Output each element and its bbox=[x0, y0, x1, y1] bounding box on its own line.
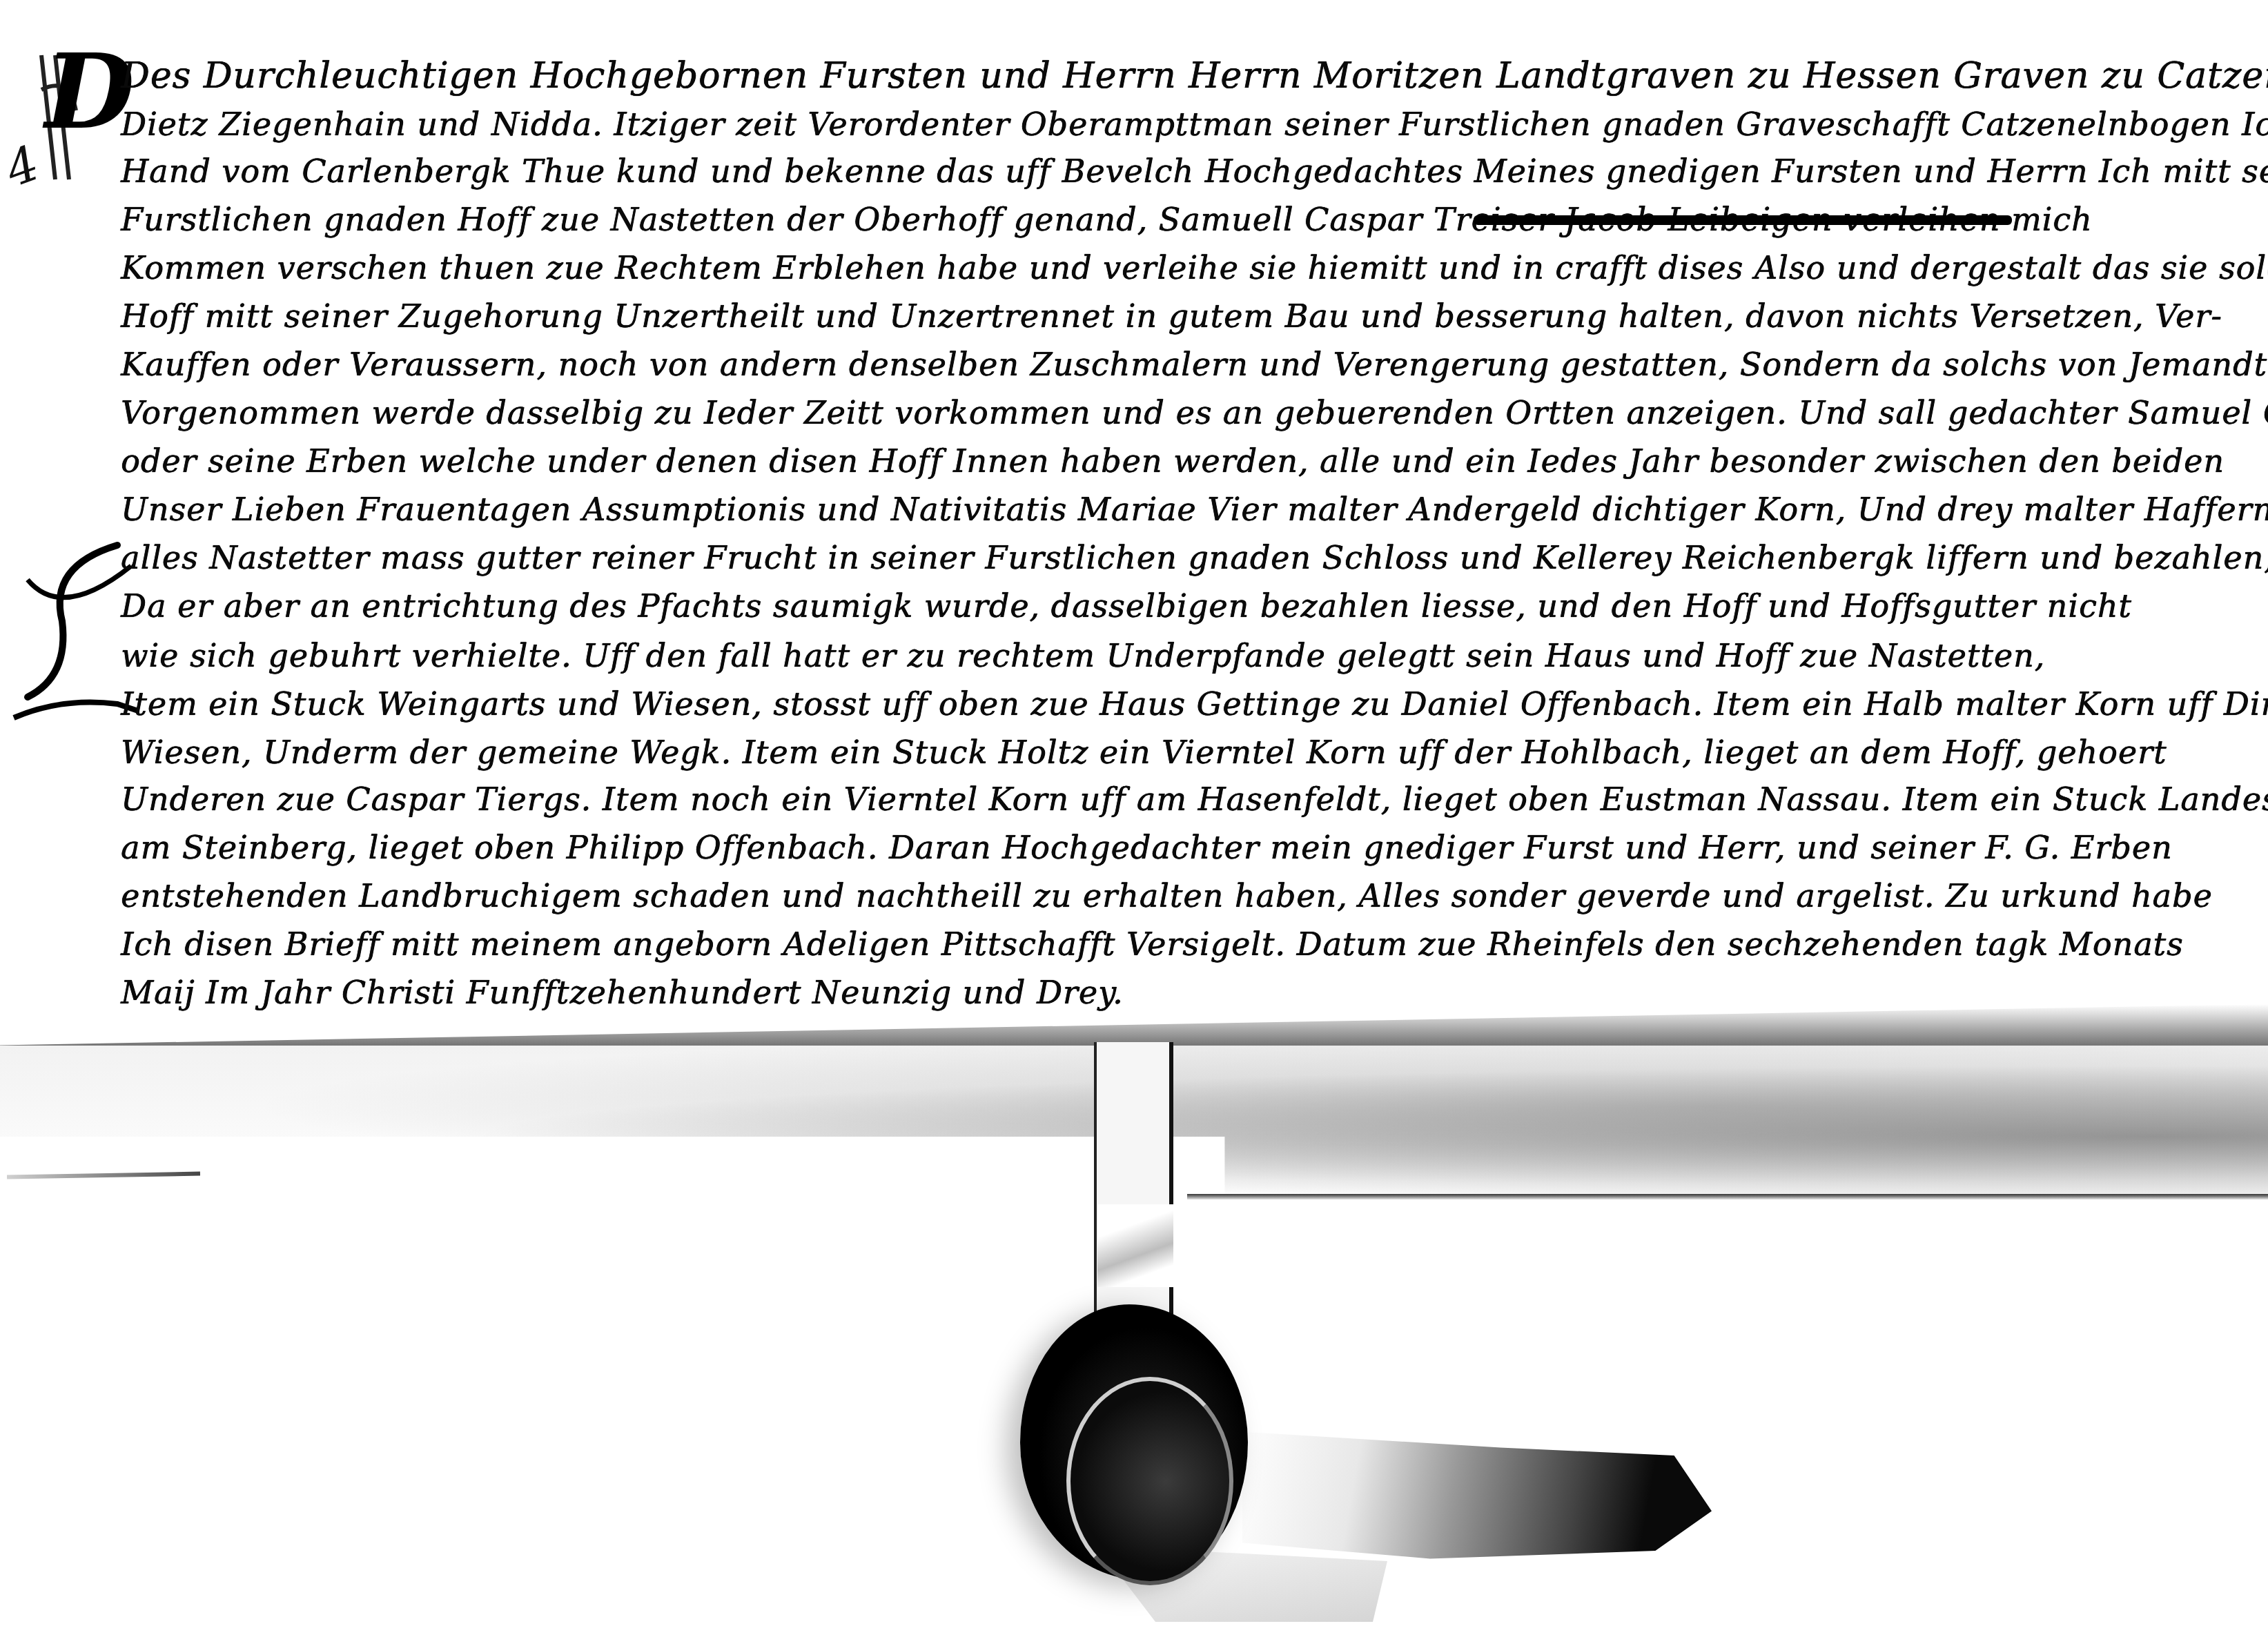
seal-strap-fold bbox=[1097, 1204, 1173, 1287]
text-line-19: Ich disen Brieff mitt meinem angeborn Ad… bbox=[121, 923, 2184, 965]
plica-lower-edge bbox=[1187, 1194, 2268, 1199]
text-line-2: Dietz Ziegenhain und Nidda. Itziger zeit… bbox=[121, 104, 2268, 145]
plica-left-edge bbox=[7, 1172, 200, 1179]
text-line-1: Des Durchleuchtigen Hochgebornen Fursten… bbox=[121, 55, 2268, 97]
text-line-13: wie sich gebuhrt verhielte. Uff den fall… bbox=[121, 635, 2045, 676]
text-line-15: Wiesen, Underm der gemeine Wegk. Item ei… bbox=[121, 732, 2167, 773]
text-line-6: Hoff mitt seiner Zugehorung Unzertheilt … bbox=[121, 295, 2222, 337]
text-line-17: am Steinberg, lieget oben Philipp Offenb… bbox=[121, 827, 2173, 868]
text-line-3: Hand vom Carlenbergk Thue kund und beken… bbox=[121, 150, 2268, 192]
charter-document: 4 D Des Durchleuchtigen Hochgebornen Fur… bbox=[0, 0, 2268, 1646]
seal-wrapper-parchment bbox=[1242, 1408, 1712, 1567]
text-line-20: Maij Im Jahr Christi Funfftzehenhundert … bbox=[121, 972, 1124, 1013]
text-line-12: Da er aber an entrichtung des Pfachts sa… bbox=[121, 585, 2132, 627]
text-line-16: Underen zue Caspar Tiergs. Item noch ein… bbox=[121, 778, 2268, 820]
seal-strap bbox=[1094, 1042, 1173, 1332]
wax-seal-impression bbox=[1066, 1377, 1233, 1585]
charter-text-block: D Des Durchleuchtigen Hochgebornen Furst… bbox=[121, 48, 2254, 1028]
text-line-11: alles Nastetter mass gutter reiner Fruch… bbox=[121, 537, 2268, 578]
text-line-9: oder seine Erben welche under denen dise… bbox=[121, 440, 2225, 482]
text-line-5: Kommen verschen thuen zue Rechtem Erbleh… bbox=[121, 247, 2268, 288]
text-line-10: Unser Lieben Frauentagen Assumptionis un… bbox=[121, 489, 2268, 530]
text-line-14: Item ein Stuck Weingarts und Wiesen, sto… bbox=[121, 683, 2268, 725]
text-line-8: Vorgenommen werde dasselbig zu Ieder Zei… bbox=[121, 392, 2268, 433]
strikethrough-mark bbox=[1474, 215, 2012, 225]
text-line-18: entstehenden Landbruchigem schaden und n… bbox=[121, 875, 2213, 917]
text-line-7: Kauffen oder Veraussern, noch von andern… bbox=[121, 344, 2268, 385]
